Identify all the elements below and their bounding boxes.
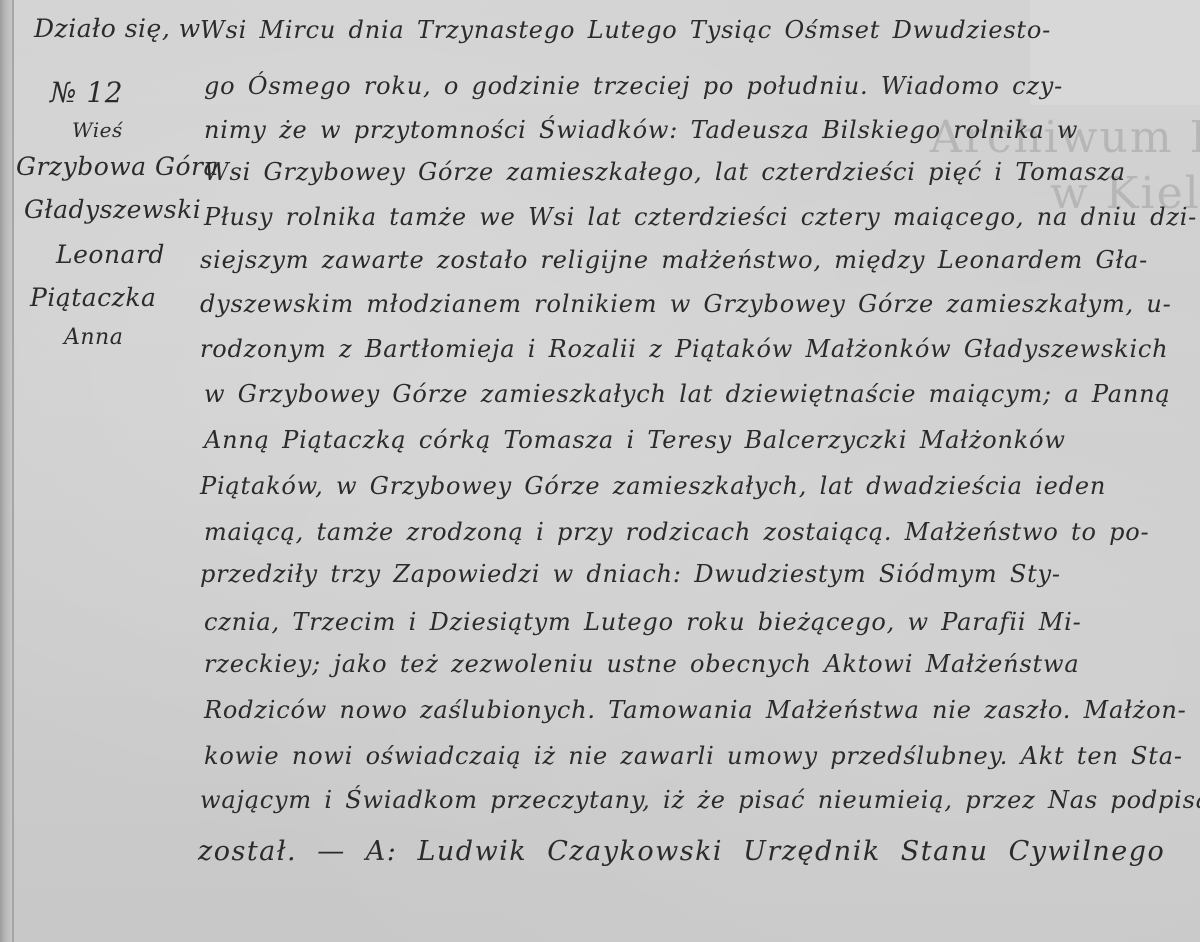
record-text-line-14: cznia, Trzecim i Dziesiątym Lutego roku …	[204, 608, 1081, 636]
record-text-line-9: w Grzybowey Górze zamieszkałych lat dzie…	[204, 380, 1171, 408]
record-text-line-6: siejszym zawarte zostało religijne małże…	[200, 246, 1148, 274]
record-text-line-7: dyszewskim młodzianem rolnikiem w Grzybo…	[200, 290, 1172, 318]
record-text-line-13: przedziły trzy Zapowiedzi w dniach: Dwud…	[200, 560, 1061, 588]
record-text-line-4: Wsi Grzybowey Górze zamieszkałego, lat c…	[204, 158, 1126, 186]
official-signature-line: został. — A: Ludwik Czaykowski Urzędnik …	[198, 836, 1165, 867]
record-text-line-17: kowie nowi oświadczaią iż nie zawarli um…	[204, 742, 1183, 770]
scanned-document-page: Archiwum P w Kiel Działo się, w № 12 Wie…	[0, 0, 1200, 942]
record-text-line-2: go Ósmego roku, o godzinie trzeciej po p…	[204, 72, 1063, 100]
record-body-text: Wsi Mircu dnia Trzynastego Lutego Tysiąc…	[0, 0, 1200, 942]
record-text-line-16: Rodziców nowo zaślubionych. Tamowania Ma…	[204, 696, 1187, 724]
record-text-line-8: rodzonym z Bartłomieja i Rozalii z Piąta…	[200, 335, 1168, 363]
record-text-line-18: wającym i Świadkom przeczytany, iż że pi…	[200, 786, 1200, 814]
record-text-line-10: Anną Piątaczką córką Tomasza i Teresy Ba…	[204, 426, 1066, 454]
record-text-line-11: Piątaków, w Grzybowey Górze zamieszkałyc…	[200, 472, 1106, 500]
record-text-line-5: Płusy rolnika tamże we Wsi lat czterdzie…	[204, 203, 1197, 231]
record-text-line-12: maiącą, tamże zrodzoną i przy rodzicach …	[204, 518, 1149, 546]
record-text-line-3: nimy że w przytomności Świadków: Tadeusz…	[204, 116, 1078, 144]
record-text-line-1: Wsi Mircu dnia Trzynastego Lutego Tysiąc…	[200, 16, 1051, 44]
record-text-line-15: rzeckiey; jako też zezwoleniu ustne obec…	[204, 650, 1079, 678]
